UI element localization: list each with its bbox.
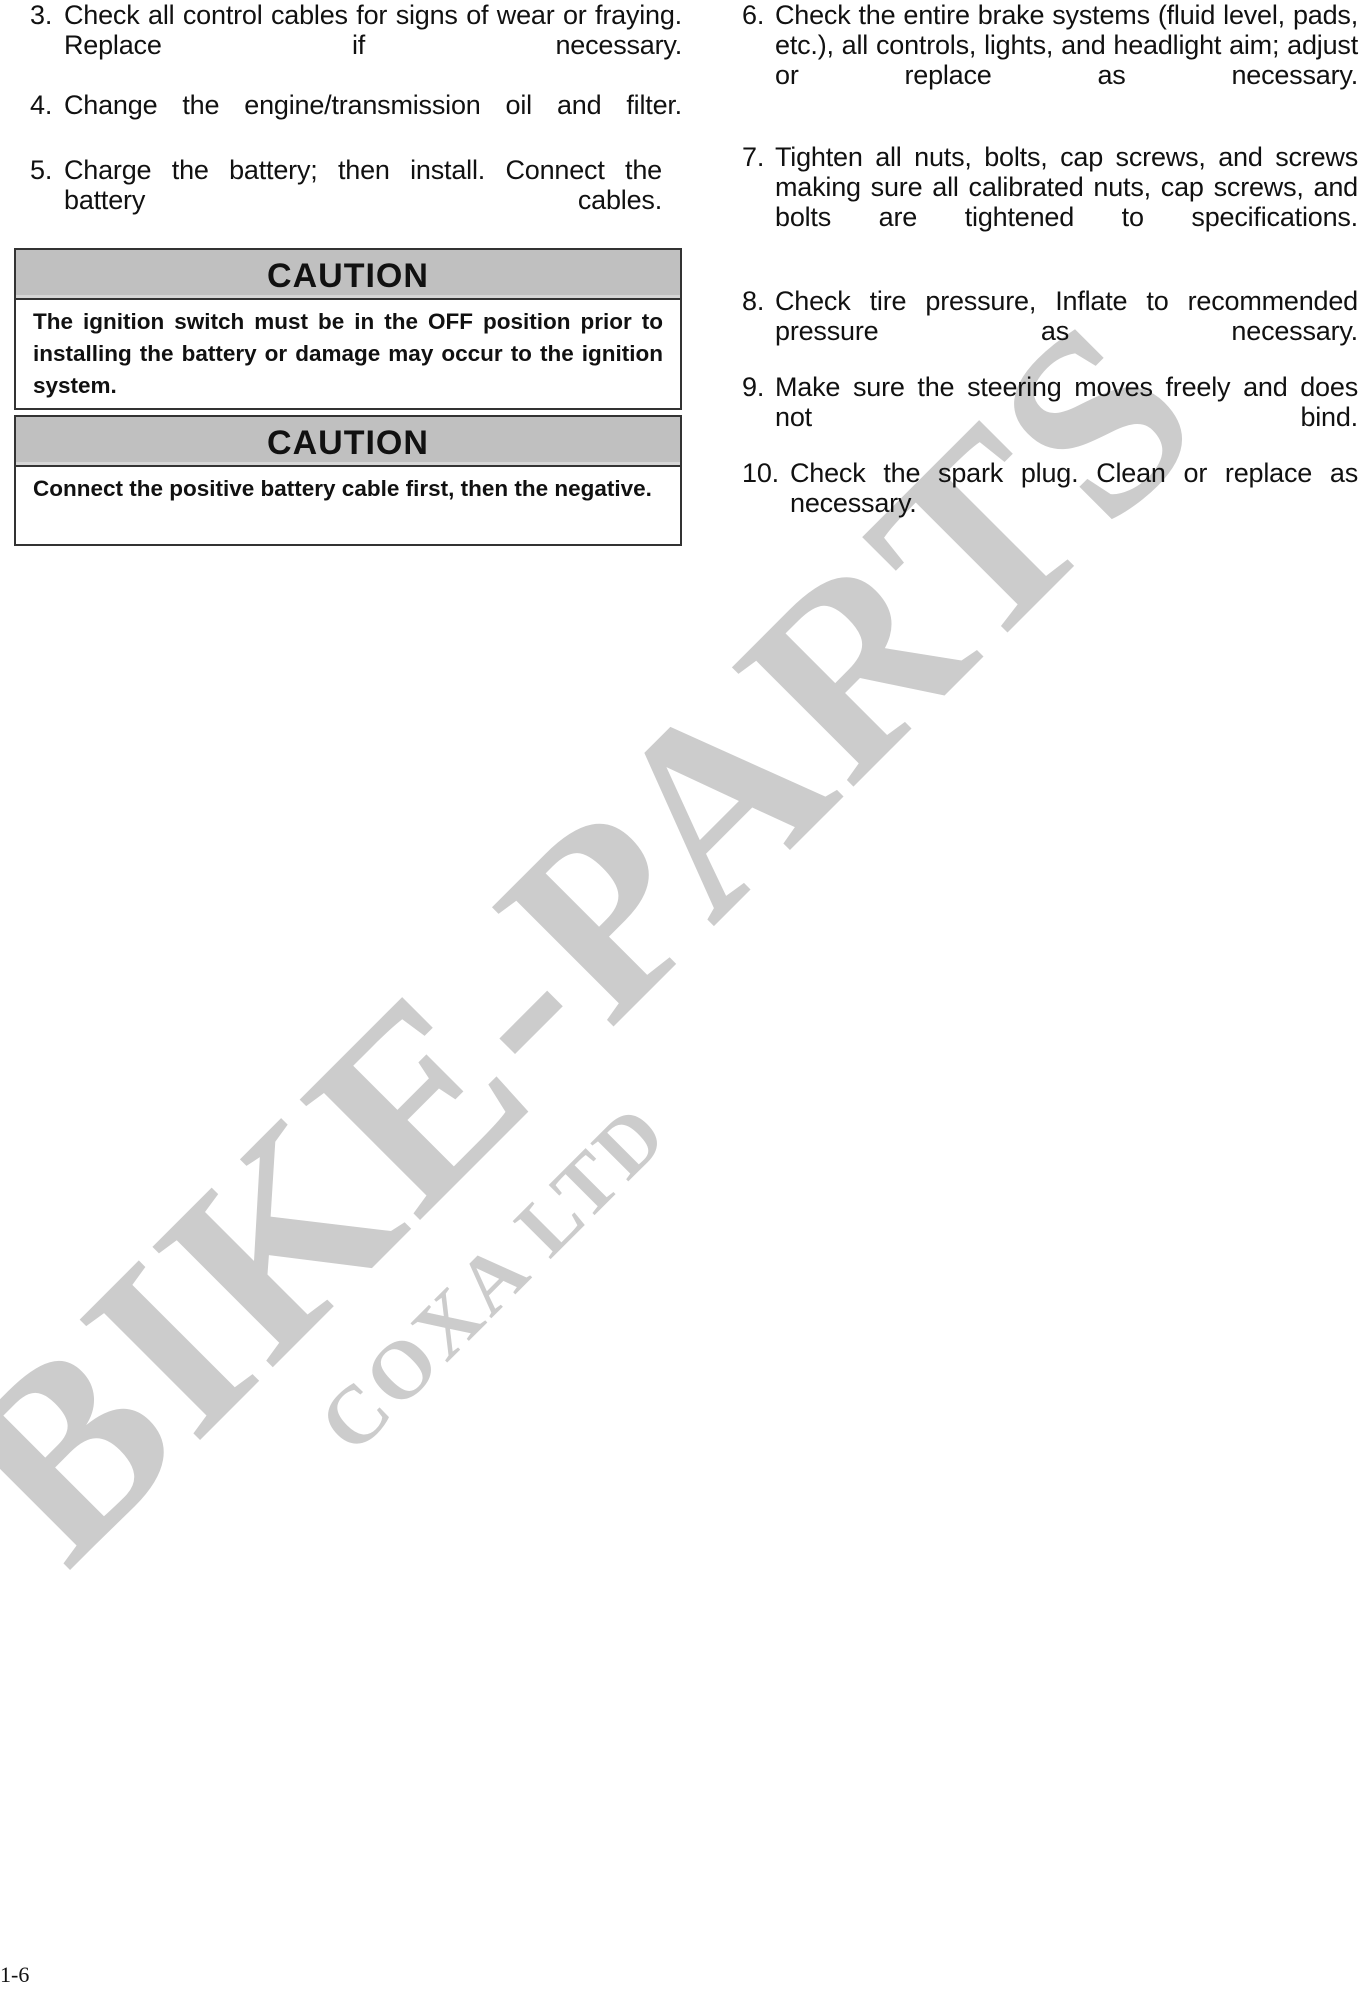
caution-title: CAUTION [16,250,680,300]
caution-title: CAUTION [16,417,680,467]
step-text: Make sure the steering moves freely and … [775,372,1358,462]
step-6: 6. Check the entire brake systems (fluid… [742,0,1358,120]
step-9: 9. Make sure the steering moves freely a… [742,372,1358,462]
step-text: Check the entire brake systems (fluid le… [775,0,1358,120]
step-5: 5. Charge the battery; then install. Con… [14,155,662,245]
step-number: 3. [30,0,52,30]
step-text: Change the engine/transmission oil and f… [64,90,682,150]
step-number: 4. [30,90,52,120]
watermark-sub-text: COXA LTD [302,1086,685,1469]
step-4: 4. Change the engine/transmission oil an… [14,90,682,150]
step-8: 8. Check tire pressure, Inflate to recom… [742,286,1358,376]
step-number: 8. [742,286,764,316]
step-number: 6. [742,0,764,30]
step-text: Check tire pressure, Inflate to recommen… [775,286,1358,376]
step-text: Tighten all nuts, bolts, cap screws, and… [775,142,1358,262]
step-7: 7. Tighten all nuts, bolts, cap screws, … [742,142,1358,262]
caution-body: The ignition switch must be in the OFF p… [16,300,680,402]
caution-body: Connect the positive battery cable first… [16,467,680,505]
page-number: 1-6 [0,1962,29,1988]
caution-box-ignition: CAUTION The ignition switch must be in t… [14,248,682,410]
step-number: 10. [742,458,779,488]
step-number: 9. [742,372,764,402]
step-text: Charge the battery; then install. Connec… [64,155,662,245]
caution-box-battery-cable: CAUTION Connect the positive battery cab… [14,415,682,546]
step-number: 5. [30,155,52,185]
step-3: 3. Check all control cables for signs of… [14,0,682,90]
step-text: Check all control cables for signs of we… [64,0,682,90]
step-text: Check the spark plug. Clean or replace a… [790,458,1358,548]
step-10: 10. Check the spark plug. Clean or repla… [742,458,1358,548]
step-number: 7. [742,142,764,172]
